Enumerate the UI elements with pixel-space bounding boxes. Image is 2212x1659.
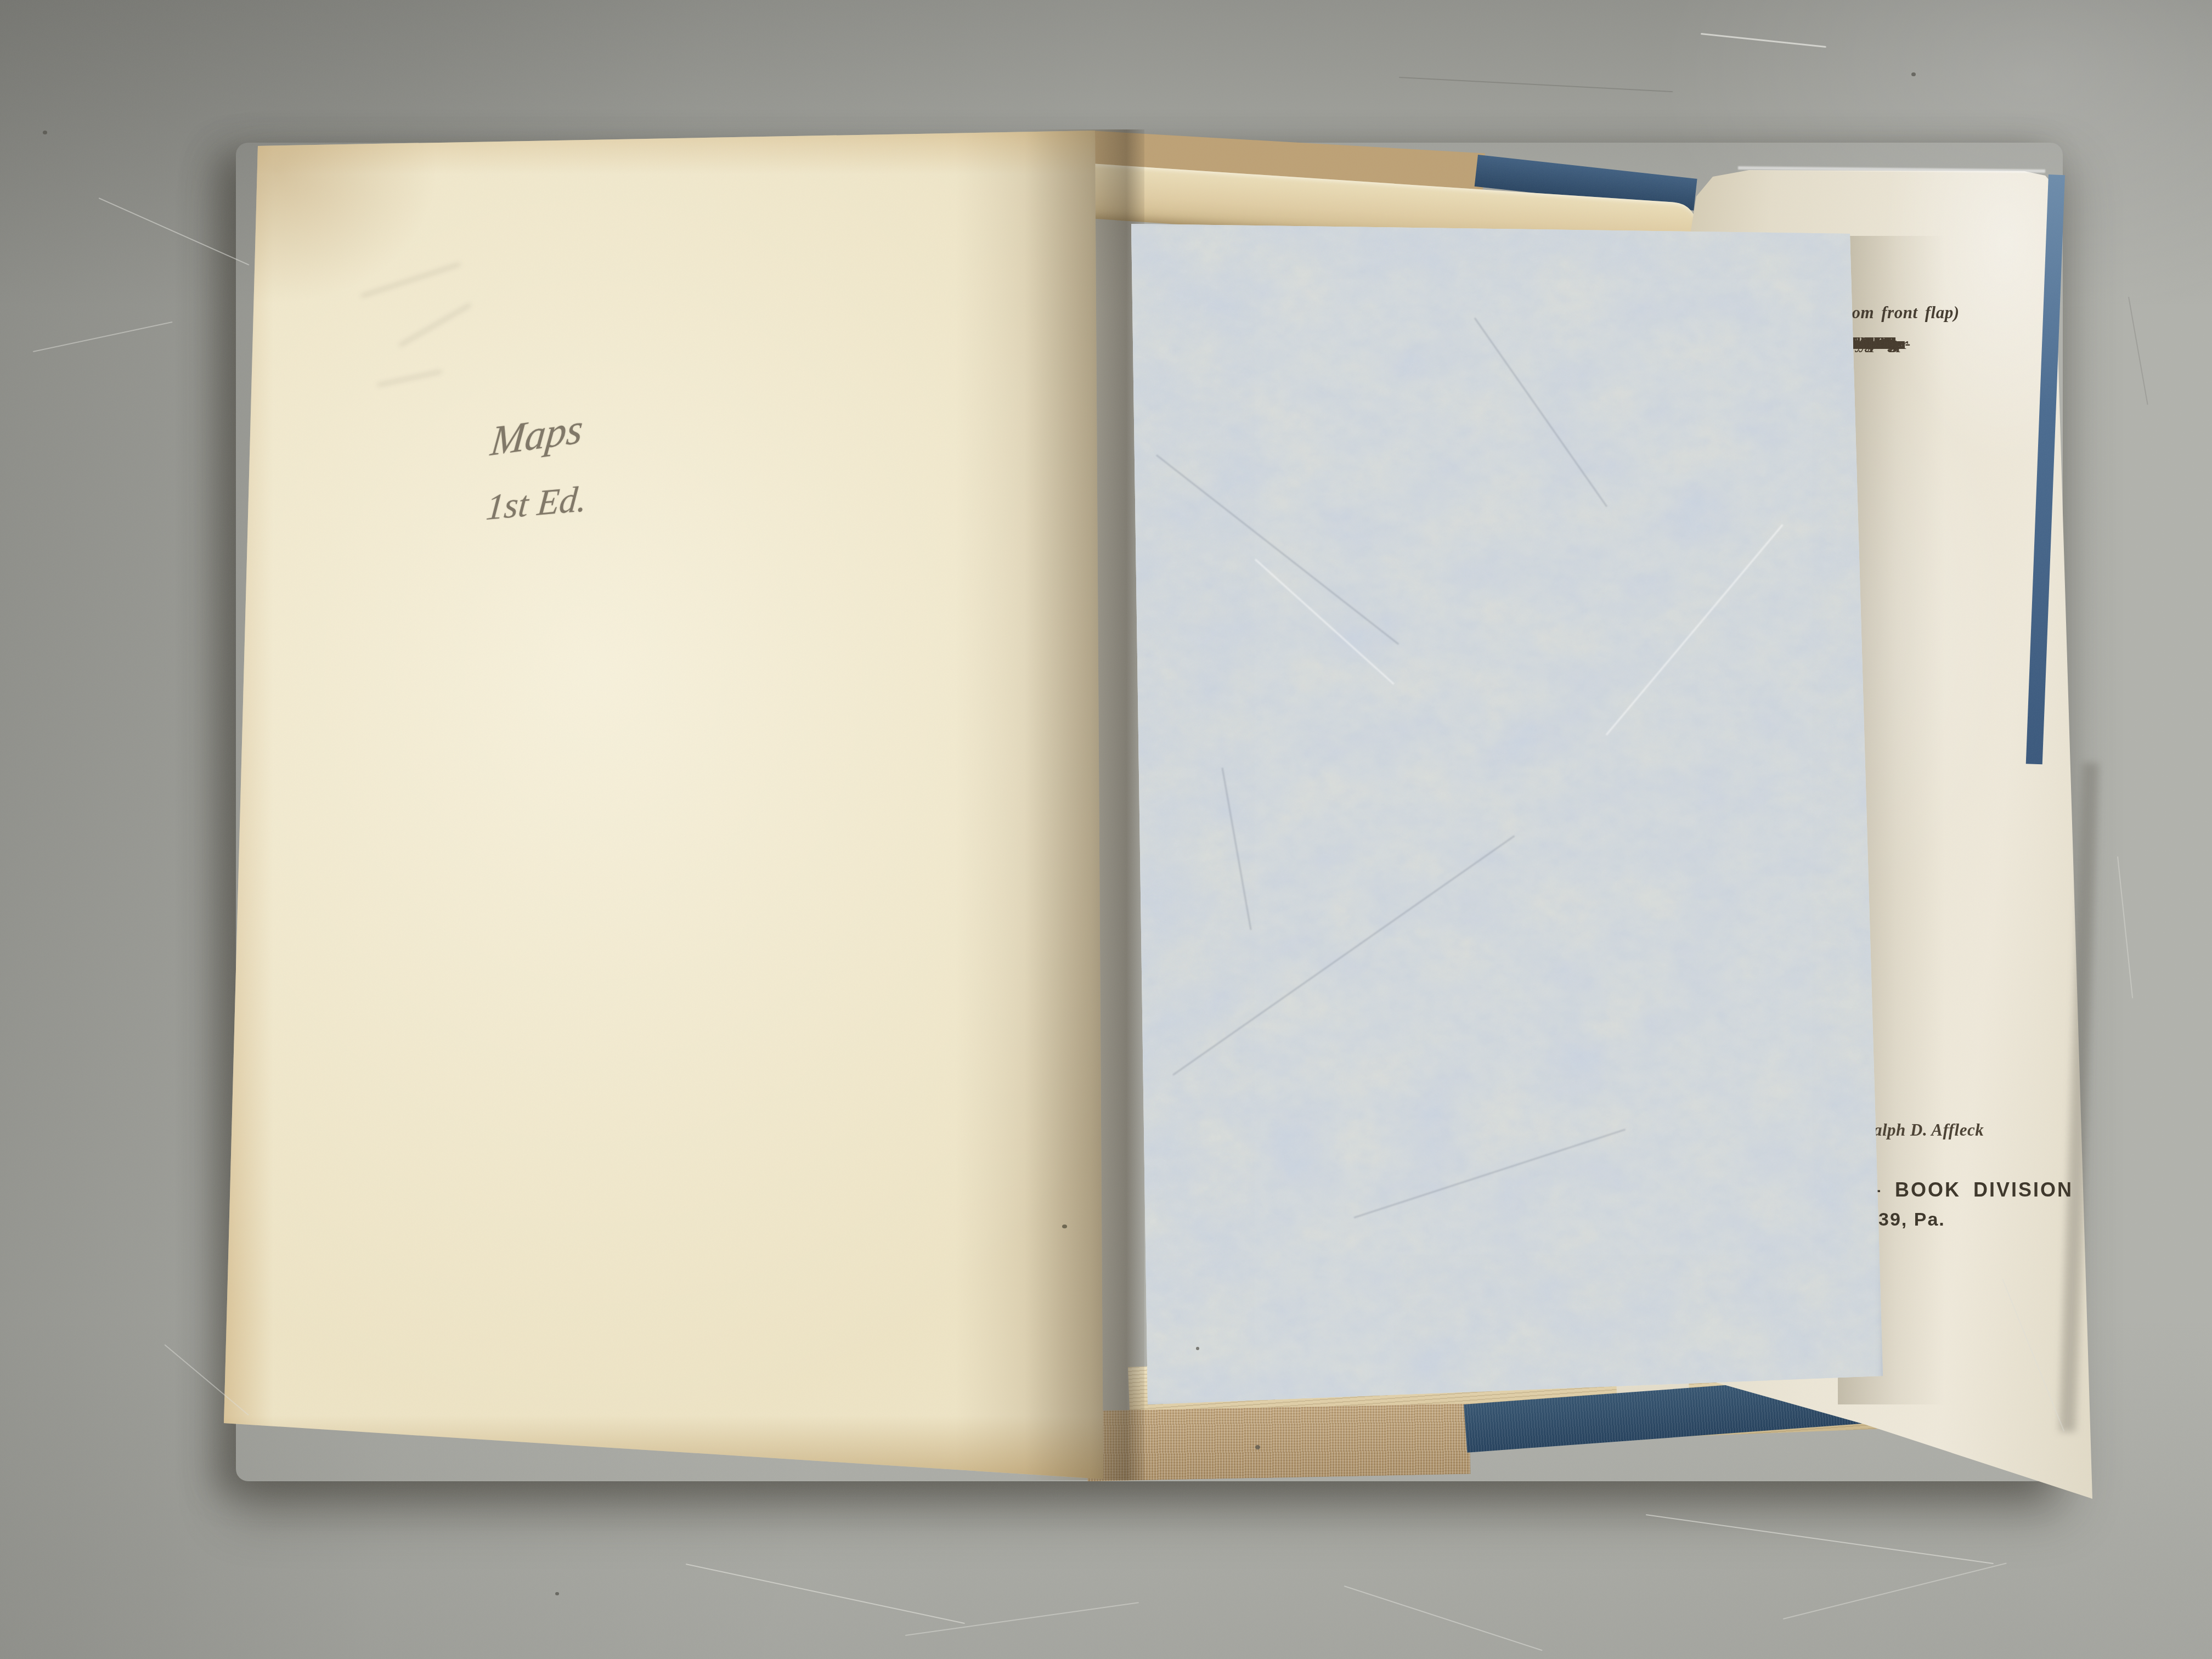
flap-designer-credit: alph D. Affleck (1874, 1120, 1984, 1140)
pencil-annotation-maps: Maps (488, 404, 585, 466)
marbled-map-sheet (1124, 218, 1887, 1410)
pencil-smudge (399, 303, 471, 346)
speck (1911, 72, 1916, 76)
flap-header: from front flap) (1839, 303, 1960, 323)
speck (1255, 1445, 1260, 1449)
sheet-edge-shading (1124, 218, 1887, 1410)
pencil-smudge (360, 263, 460, 297)
speck (1196, 1347, 1199, 1350)
speck (43, 131, 47, 134)
speck (555, 1592, 559, 1595)
photo-scene: Maps 1st Ed. from front flap) more than … (0, 0, 2212, 1659)
pencil-smudge (377, 370, 442, 386)
pencil-annotation-edition: 1st Ed. (484, 478, 588, 529)
flap-imprint-address: 39, Pa. (1878, 1209, 1945, 1231)
left-endpaper-page: Maps 1st Ed. (224, 131, 1103, 1481)
flap-imprint-book-division: – BOOK DIVISION (1870, 1178, 2073, 1201)
book-gutter-shadow (1025, 129, 1144, 1480)
